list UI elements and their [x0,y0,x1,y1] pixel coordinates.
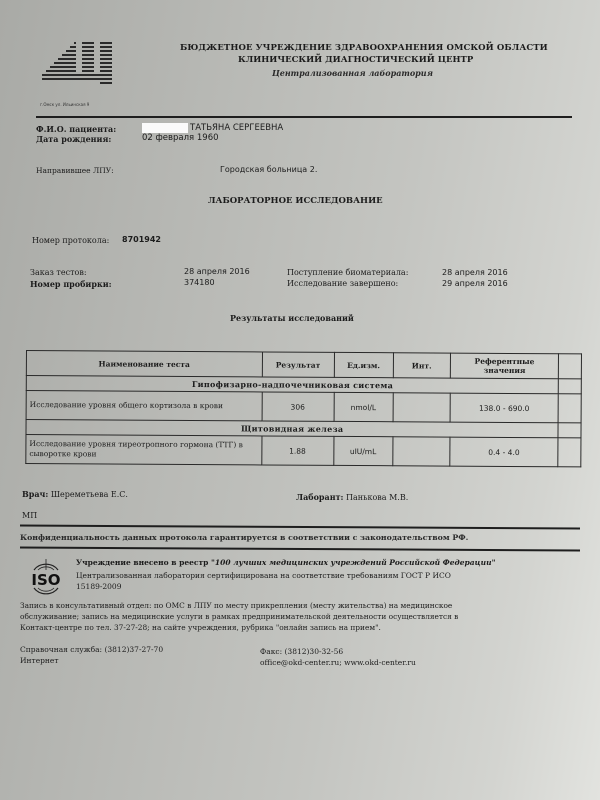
col-extra [559,354,582,379]
stamp-place: МП [22,511,37,520]
lab-signature: Лаборант: Панькова М.В. [296,492,408,502]
test-extra [558,438,581,467]
registry-prefix: Учреждение внесено в реестр [76,558,211,567]
col-interp: Инт. [393,353,450,378]
dob-label: Дата рождения: [36,134,111,144]
completed-value: 29 апреля 2016 [442,279,508,288]
iso-logo-icon: ISO [26,556,66,600]
test-unit: nmol/L [334,392,393,421]
registry-title: "100 лучших медицинских учреждений Росси… [211,558,496,567]
order-value: 28 апреля 2016 [184,267,250,276]
results-title: Результаты исследований [230,313,354,323]
col-reference: Референтные значения [450,353,559,379]
lab-report-page: г.Омск ул. Ильинская 9 БЮДЖЕТНОЕ УЧРЕЖДЕ… [0,0,600,800]
svg-text:ISO: ISO [31,571,60,589]
confidentiality-note: Конфиденциальность данных протокола гара… [20,533,468,542]
referral-label: Направившее ЛПУ: [36,166,114,175]
org-subtitle: Централизованная лаборатория [272,68,433,78]
contact-web[interactable]: office@okd-center.ru; www.okd-center.ru [260,658,416,667]
info-phone: Справочная служба: (3812)37-27-70 [20,645,163,654]
redacted-surname [142,123,188,133]
test-unit: uIU/mL [333,436,392,465]
header-divider [36,116,572,118]
col-result: Результат [262,352,334,377]
lab-label: Лаборант: [296,492,343,502]
test-result: 306 [262,392,334,421]
order-label: Заказ тестов: [30,268,87,277]
internet-label: Интернет [20,656,59,665]
test-reference: 138.0 - 690.0 [450,393,559,423]
results-table: Наименование теста Результат Ед.изм. Инт… [25,350,582,467]
tube-label: Номер пробирки: [30,279,112,289]
test-result: 1.88 [261,436,333,465]
test-interp [393,437,450,466]
lab-name: Панькова М.В. [346,493,408,502]
org-name-line1: БЮДЖЕТНОЕ УЧРЕЖДЕНИЕ ЗДРАВООХРАНЕНИЯ ОМС… [180,43,548,53]
received-value: 28 апреля 2016 [442,268,508,277]
group-extra-cell [559,379,582,394]
doctor-name: Шереметьева Е.С. [51,490,128,499]
cert-line2: 15189-2009 [76,582,121,591]
table-row: Исследование уровня тиреотропного гормон… [26,435,581,467]
received-label: Поступление биоматериала: [287,268,408,277]
doctor-label: Врач: [22,489,48,499]
divider-top [20,525,580,530]
divider-bottom [20,547,580,552]
col-unit: Ед.изм. [334,352,393,377]
report-title: ЛАБОРАТОРНОЕ ИССЛЕДОВАНИЕ [208,196,383,206]
table-header-row: Наименование теста Результат Ед.изм. Инт… [26,351,581,379]
test-name: Исследование уровня общего кортизола в к… [26,391,262,421]
referral-value: Городская больница 2. [220,165,317,174]
patient-name-label: Ф.И.О. пациента: [36,124,116,134]
group-extra-cell [558,423,581,438]
appointment-line1: Запись в консультативный отдел: по ОМС в… [20,601,452,610]
logo-address: г.Омск ул. Ильинская 9 [40,102,89,107]
appointment-line3: Контакт-центре по тел. 37-27-28; на сайт… [20,623,381,632]
patient-name-value: ТАТЬЯНА СЕРГЕЕВНА [190,123,283,133]
kdc-logo [38,42,110,92]
cert-line1: Централизованная лаборатория сертифициро… [76,571,451,580]
org-name-line2: КЛИНИЧЕСКИЙ ДИАГНОСТИЧЕСКИЙ ЦЕНТР [238,55,473,65]
completed-label: Исследование завершено: [287,279,398,288]
protocol-label: Номер протокола: [32,236,109,245]
test-interp [393,393,450,422]
protocol-number: 8701942 [122,235,161,244]
tube-value: 374180 [184,278,215,287]
test-name: Исследование уровня тиреотропного гормон… [26,435,262,465]
doctor-signature: Врач: Шереметьева Е.С. [22,489,128,499]
test-extra [558,394,581,423]
appointment-line2: обслуживание; запись на медицинские услу… [20,612,458,621]
registry-line: Учреждение внесено в реестр "100 лучших … [76,558,495,567]
table-row: Исследование уровня общего кортизола в к… [26,391,581,423]
test-reference: 0.4 - 4.0 [450,437,559,467]
dob-value: 02 февраля 1960 [142,133,219,143]
fax-number: Факс: (3812)30-32-56 [260,647,343,656]
col-test-name: Наименование теста [26,351,262,377]
